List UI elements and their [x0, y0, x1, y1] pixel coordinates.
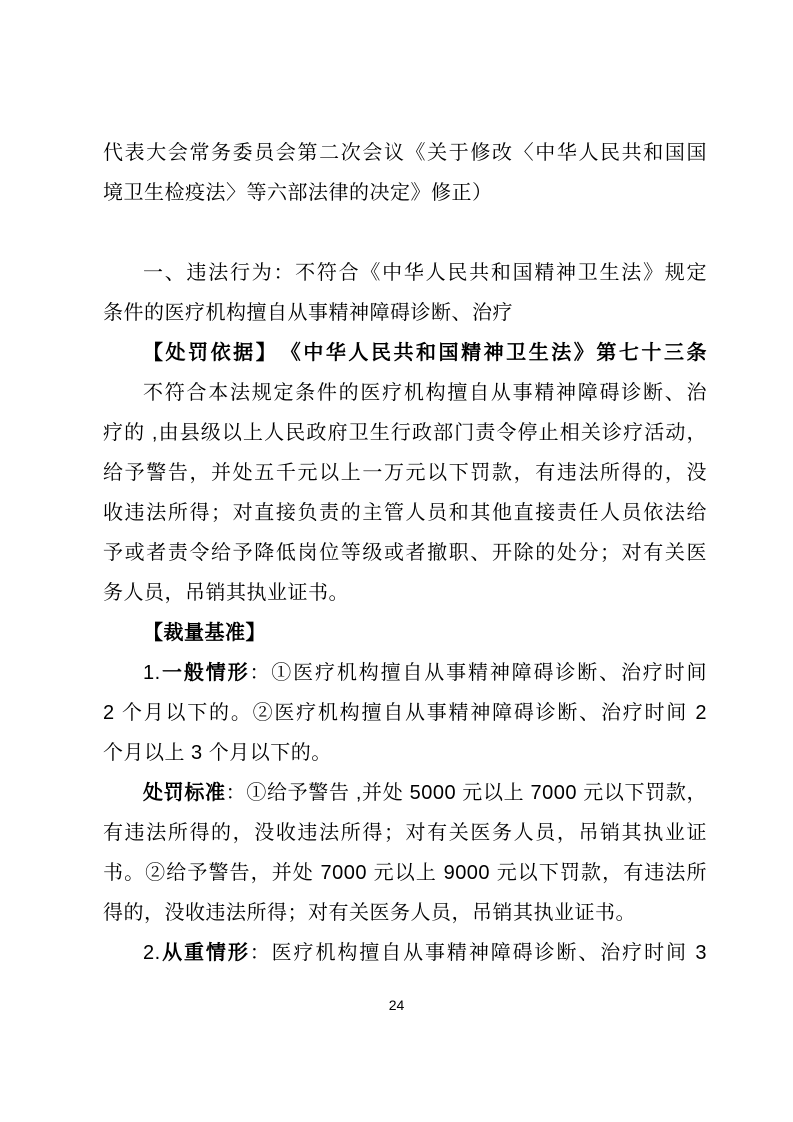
text-segment: 代表大会常务委员会第二次会议《关于修改〈中华人民共和国国 [103, 142, 707, 164]
text-line: 给予警告，并处五千元以上一万元以下罚款，有违法所得的，没 [103, 453, 707, 493]
bold-text-segment: 从重情形 [161, 942, 250, 964]
text-segment: 2. [143, 942, 161, 964]
document-page: 代表大会常务委员会第二次会议《关于修改〈中华人民共和国国境卫生检疫法〉等六部法律… [0, 0, 793, 1122]
text-line: 得的，没收违法所得；对有关医务人员，吊销其执业证书。 [103, 893, 707, 933]
text-segment: 条件的医疗机构擅自从事精神障碍诊断、治疗 [103, 302, 513, 324]
text-line: 疗的 ,由县级以上人民政府卫生行政部门责令停止相关诊疗活动， [103, 413, 707, 453]
text-line: 个月以上 3 个月以下的。 [103, 733, 707, 773]
text-segment: 一、违法行为：不符合《中华人民共和国精神卫生法》规定 [143, 262, 707, 284]
text-line: 予或者责令给予降低岗位等级或者撤职、开除的处分；对有关医 [103, 533, 707, 573]
text-line: 处罚标准：①给予警告 ,并处 5000 元以上 7000 元以下罚款， [103, 773, 707, 813]
page-number: 24 [0, 997, 793, 1013]
text-segment: 不符合本法规定条件的医疗机构擅自从事精神障碍诊断、治 [143, 382, 707, 404]
document-body: 代表大会常务委员会第二次会议《关于修改〈中华人民共和国国境卫生检疫法〉等六部法律… [103, 133, 707, 973]
text-line: 务人员，吊销其执业证书。 [103, 573, 707, 613]
paragraph: 不符合本法规定条件的医疗机构擅自从事精神障碍诊断、治疗的 ,由县级以上人民政府卫… [103, 373, 707, 613]
text-line: 2 个月以下的。②医疗机构擅自从事精神障碍诊断、治疗时间 2 [103, 693, 707, 733]
text-segment: 得的，没收违法所得；对有关医务人员，吊销其执业证书。 [103, 902, 636, 924]
text-line: 代表大会常务委员会第二次会议《关于修改〈中华人民共和国国 [103, 133, 707, 173]
text-line: 【处罚依据】 《中华人民共和国精神卫生法》第七十三条 [103, 333, 707, 373]
text-line: 2.从重情形：医疗机构擅自从事精神障碍诊断、治疗时间 3 [103, 933, 707, 973]
text-segment: 务人员，吊销其执业证书。 [103, 582, 349, 604]
text-line: 【裁量基准】 [103, 613, 707, 653]
bold-text-segment: 【裁量基准】 [143, 622, 266, 644]
bold-text-segment: 处罚标准 [143, 782, 226, 804]
text-line: 1.一般情形：①医疗机构擅自从事精神障碍诊断、治疗时间 [103, 653, 707, 693]
text-segment: 个月以上 3 个月以下的。 [103, 742, 332, 764]
text-line: 不符合本法规定条件的医疗机构擅自从事精神障碍诊断、治 [103, 373, 707, 413]
text-segment: 书。②给予警告，并处 7000 元以上 9000 元以下罚款，有违法所 [103, 862, 707, 884]
paragraph: 代表大会常务委员会第二次会议《关于修改〈中华人民共和国国境卫生检疫法〉等六部法律… [103, 133, 707, 253]
text-line: 一、违法行为：不符合《中华人民共和国精神卫生法》规定 [103, 253, 707, 293]
paragraph: 处罚标准：①给予警告 ,并处 5000 元以上 7000 元以下罚款，有违法所得… [103, 773, 707, 933]
text-segment: 给予警告，并处五千元以上一万元以下罚款，有违法所得的，没 [103, 462, 707, 484]
text-segment: 收违法所得；对直接负责的主管人员和其他直接责任人员依法给 [103, 502, 707, 524]
text-segment: 有违法所得的，没收违法所得；对有关医务人员，吊销其执业证 [103, 822, 707, 844]
text-line: 境卫生检疫法〉等六部法律的决定》修正） [103, 173, 707, 213]
text-segment: 1. [143, 662, 161, 684]
bold-text-segment: 一般情形 [161, 662, 250, 684]
text-segment: 予或者责令给予降低岗位等级或者撤职、开除的处分；对有关医 [103, 542, 707, 564]
text-line: 收违法所得；对直接负责的主管人员和其他直接责任人员依法给 [103, 493, 707, 533]
text-segment: ：医疗机构擅自从事精神障碍诊断、治疗时间 3 [250, 942, 707, 964]
paragraph: 一、违法行为：不符合《中华人民共和国精神卫生法》规定条件的医疗机构擅自从事精神障… [103, 253, 707, 333]
paragraph: 1.一般情形：①医疗机构擅自从事精神障碍诊断、治疗时间2 个月以下的。②医疗机构… [103, 653, 707, 773]
text-segment: ：①医疗机构擅自从事精神障碍诊断、治疗时间 [249, 662, 707, 684]
blank-line [103, 213, 707, 253]
text-segment: ：①给予警告 ,并处 5000 元以上 7000 元以下罚款， [226, 782, 707, 804]
text-line: 条件的医疗机构擅自从事精神障碍诊断、治疗 [103, 293, 707, 333]
paragraph: 2.从重情形：医疗机构擅自从事精神障碍诊断、治疗时间 3 [103, 933, 707, 973]
text-segment: 2 个月以下的。②医疗机构擅自从事精神障碍诊断、治疗时间 2 [103, 702, 707, 724]
text-line: 书。②给予警告，并处 7000 元以上 9000 元以下罚款，有违法所 [103, 853, 707, 893]
paragraph: 【裁量基准】 [103, 613, 707, 653]
paragraph: 【处罚依据】 《中华人民共和国精神卫生法》第七十三条 [103, 333, 707, 373]
bold-text-segment: 【处罚依据】 《中华人民共和国精神卫生法》第七十三条 [143, 342, 707, 364]
text-segment: 疗的 ,由县级以上人民政府卫生行政部门责令停止相关诊疗活动， [103, 422, 707, 444]
text-segment: 境卫生检疫法〉等六部法律的决定》修正） [103, 182, 493, 204]
text-line: 有违法所得的，没收违法所得；对有关医务人员，吊销其执业证 [103, 813, 707, 853]
